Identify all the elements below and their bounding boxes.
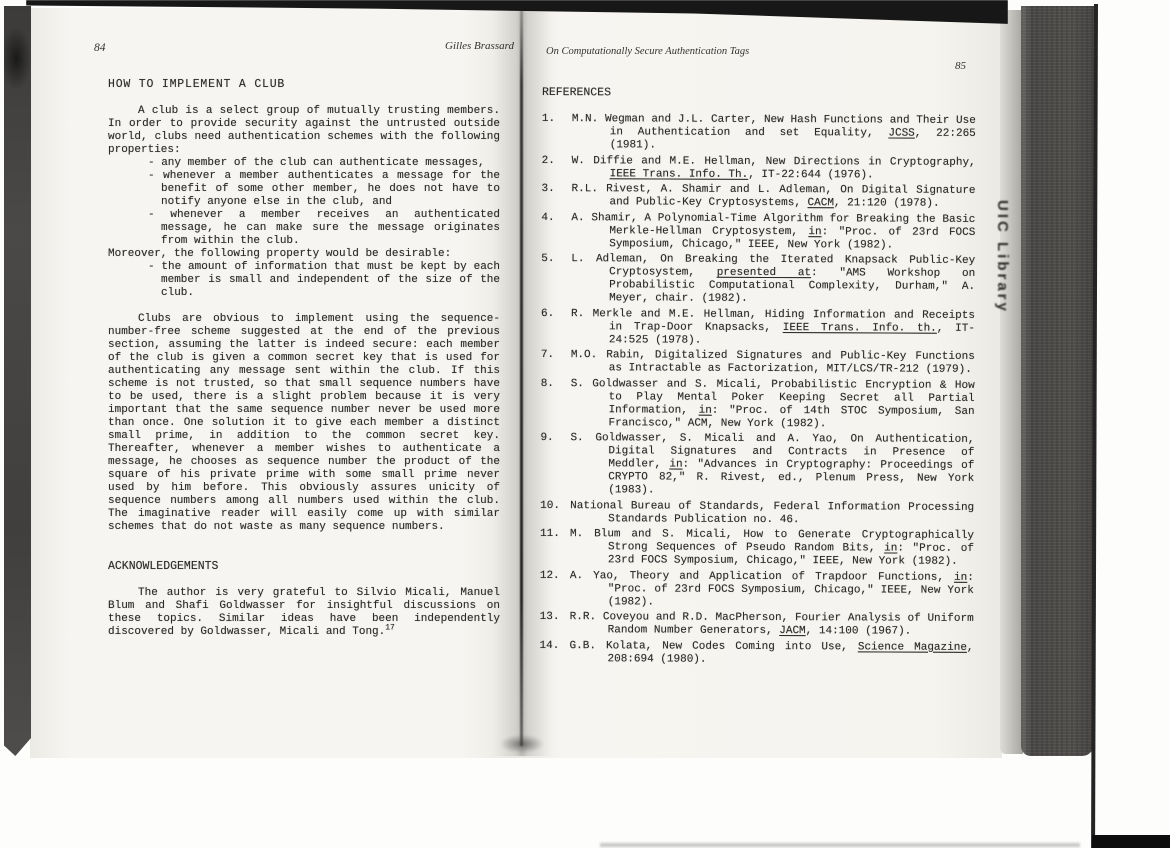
references-list: 1.M.N. Wegman and J.L. Carter, New Hash … — [539, 113, 975, 667]
acknowledgements-paragraph: The author is very grateful to Silvio Mi… — [108, 587, 500, 639]
underlined-text: in — [808, 226, 821, 238]
reference-text: L. Adleman, On Breaking the Iterated Kna… — [571, 253, 975, 307]
reference-item: 6.R. Merkle and M.E. Hellman, Hiding Inf… — [541, 307, 975, 348]
text-run: , 14:100 (1967). — [806, 625, 912, 637]
right-page-content: REFERENCES 1.M.N. Wegman and J.L. Carter… — [539, 86, 976, 670]
scan-bottom-shadow — [600, 843, 1080, 847]
underlined-text: in — [669, 459, 682, 471]
left-page-content: HOW TO IMPLEMENT A CLUB A club is a sele… — [108, 78, 500, 639]
text-run: W. Diffie and M.E. Hellman, New Directio… — [572, 155, 976, 169]
reference-item: 12.A. Yao, Theory and Application of Tra… — [540, 569, 974, 610]
library-edge-stamp: UIC Library — [994, 200, 1011, 375]
reference-text: M.O. Rabin, Digitalized Signatures and P… — [571, 349, 975, 377]
spine-crease — [520, 10, 523, 746]
text-run: G.B. Kolata, New Codes Coming into Use, — [570, 640, 858, 653]
reference-text: National Bureau of Standards, Federal In… — [570, 500, 974, 528]
scan-background: { "book_scan": { "edge_stamp_text": "UIC… — [0, 0, 1170, 848]
reference-item: 1.M.N. Wegman and J.L. Carter, New Hash … — [542, 113, 976, 154]
reference-item: 4.A. Shamir, A Polynomial-Time Algorithm… — [541, 211, 975, 252]
text-run: R.R. Coveyou and R.D. MacPherson, Fourie… — [570, 611, 974, 637]
scan-bottom-right-bar — [1092, 835, 1170, 848]
reference-text: R. Merkle and M.E. Hellman, Hiding Infor… — [571, 308, 975, 349]
underlined-text: Science Magazine — [858, 641, 967, 653]
club-section-title: HOW TO IMPLEMENT A CLUB — [108, 78, 500, 91]
moreover-line: Moreover, the following property would b… — [108, 248, 500, 261]
reference-item: 8.S. Goldwasser and S. Micali, Probabili… — [541, 377, 975, 431]
club-implementation-paragraph: Clubs are obvious to implement using the… — [108, 313, 500, 534]
underlined-text: presented at — [717, 267, 811, 279]
acknowledgements-title: ACKNOWLEDGEMENTS — [108, 560, 500, 573]
club-intro-paragraph: A club is a select group of mutually tru… — [108, 105, 500, 157]
reference-item: 13.R.R. Coveyou and R.D. MacPherson, Fou… — [540, 611, 974, 639]
reference-text: A. Yao, Theory and Application of Trapdo… — [570, 570, 974, 611]
reference-item: 14.G.B. Kolata, New Codes Coming into Us… — [539, 639, 973, 667]
text-run: The author is very grateful to Silvio Mi… — [108, 587, 500, 638]
text-run: , 21:120 (1978). — [834, 197, 940, 209]
bullet-item: - whenever a member authenticates a mess… — [148, 170, 500, 209]
reference-text: R.R. Coveyou and R.D. MacPherson, Fourie… — [570, 611, 974, 639]
reference-text: R.L. Rivest, A. Shamir and L. Adleman, O… — [571, 183, 975, 211]
spine-crease-base — [498, 734, 546, 754]
underlined-text: JACM — [779, 625, 805, 637]
page-block-edge-dark — [1021, 6, 1094, 756]
reference-text: M. Blum and S. Micali, How to Generate C… — [570, 528, 974, 569]
underlined-text: CACM — [808, 197, 834, 209]
reference-item: 9.S. Goldwasser, S. Micali and A. Yao, O… — [540, 432, 974, 499]
reference-text: S. Goldwasser and S. Micali, Probabilist… — [571, 378, 975, 432]
right-page: On Computationally Secure Authentication… — [522, 8, 1002, 758]
underlined-text: in — [699, 404, 712, 416]
underlined-text: IEEE Trans. Info. th. — [783, 322, 937, 335]
reference-item: 7.M.O. Rabin, Digitalized Signatures and… — [541, 349, 975, 377]
reference-text: A. Shamir, A Polynomial-Time Algorithm f… — [571, 212, 975, 253]
underlined-text: JCSS — [888, 128, 914, 140]
text-run: M.O. Rabin, Digitalized Signatures and P… — [571, 349, 975, 376]
reference-text: W. Diffie and M.E. Hellman, New Directio… — [572, 155, 976, 183]
superscript-note: 17 — [385, 623, 395, 632]
reference-text: G.B. Kolata, New Codes Coming into Use, … — [569, 640, 973, 668]
right-running-head: On Computationally Secure Authentication… — [546, 46, 749, 57]
right-page-number: 85 — [955, 60, 966, 72]
underlined-text: IEEE Trans. Info. Th. — [610, 168, 749, 181]
reference-item: 11.M. Blum and S. Micali, How to Generat… — [540, 528, 974, 569]
reference-item: 3.R.L. Rivest, A. Shamir and L. Adleman,… — [541, 183, 975, 211]
reference-item: 2.W. Diffie and M.E. Hellman, New Direct… — [542, 154, 976, 182]
book-cover-left-edge — [4, 6, 31, 756]
left-page-number: 84 — [94, 42, 106, 54]
reference-item: 5.L. Adleman, On Breaking the Iterated K… — [541, 253, 975, 307]
page-block-edge-light — [1000, 10, 1023, 754]
club-properties-list: - any member of the club can authenticat… — [148, 157, 500, 248]
reference-text: M.N. Wegman and J.L. Carter, New Hash Fu… — [572, 113, 976, 154]
reference-item: 10.National Bureau of Standards, Federal… — [540, 499, 974, 527]
underlined-text: in — [884, 542, 897, 554]
reference-text: S. Goldwasser, S. Micali and A. Yao, On … — [570, 432, 974, 499]
bullet-item: - the amount of information that must be… — [148, 261, 500, 300]
underlined-text: in — [954, 571, 967, 583]
text-run: National Bureau of Standards, Federal In… — [570, 500, 974, 526]
left-page: 84 Gilles Brassard HOW TO IMPLEMENT A CL… — [30, 8, 522, 758]
bullet-item: - any member of the club can authenticat… — [148, 157, 500, 170]
text-run: A. Yao, Theory and Application of Trapdo… — [570, 570, 954, 584]
bullet-item: - whenever a member receives an authenti… — [148, 209, 500, 248]
text-run: , IT-22:644 (1976). — [748, 168, 873, 181]
references-title: REFERENCES — [542, 86, 976, 101]
desirable-properties-list: - the amount of information that must be… — [148, 261, 500, 300]
